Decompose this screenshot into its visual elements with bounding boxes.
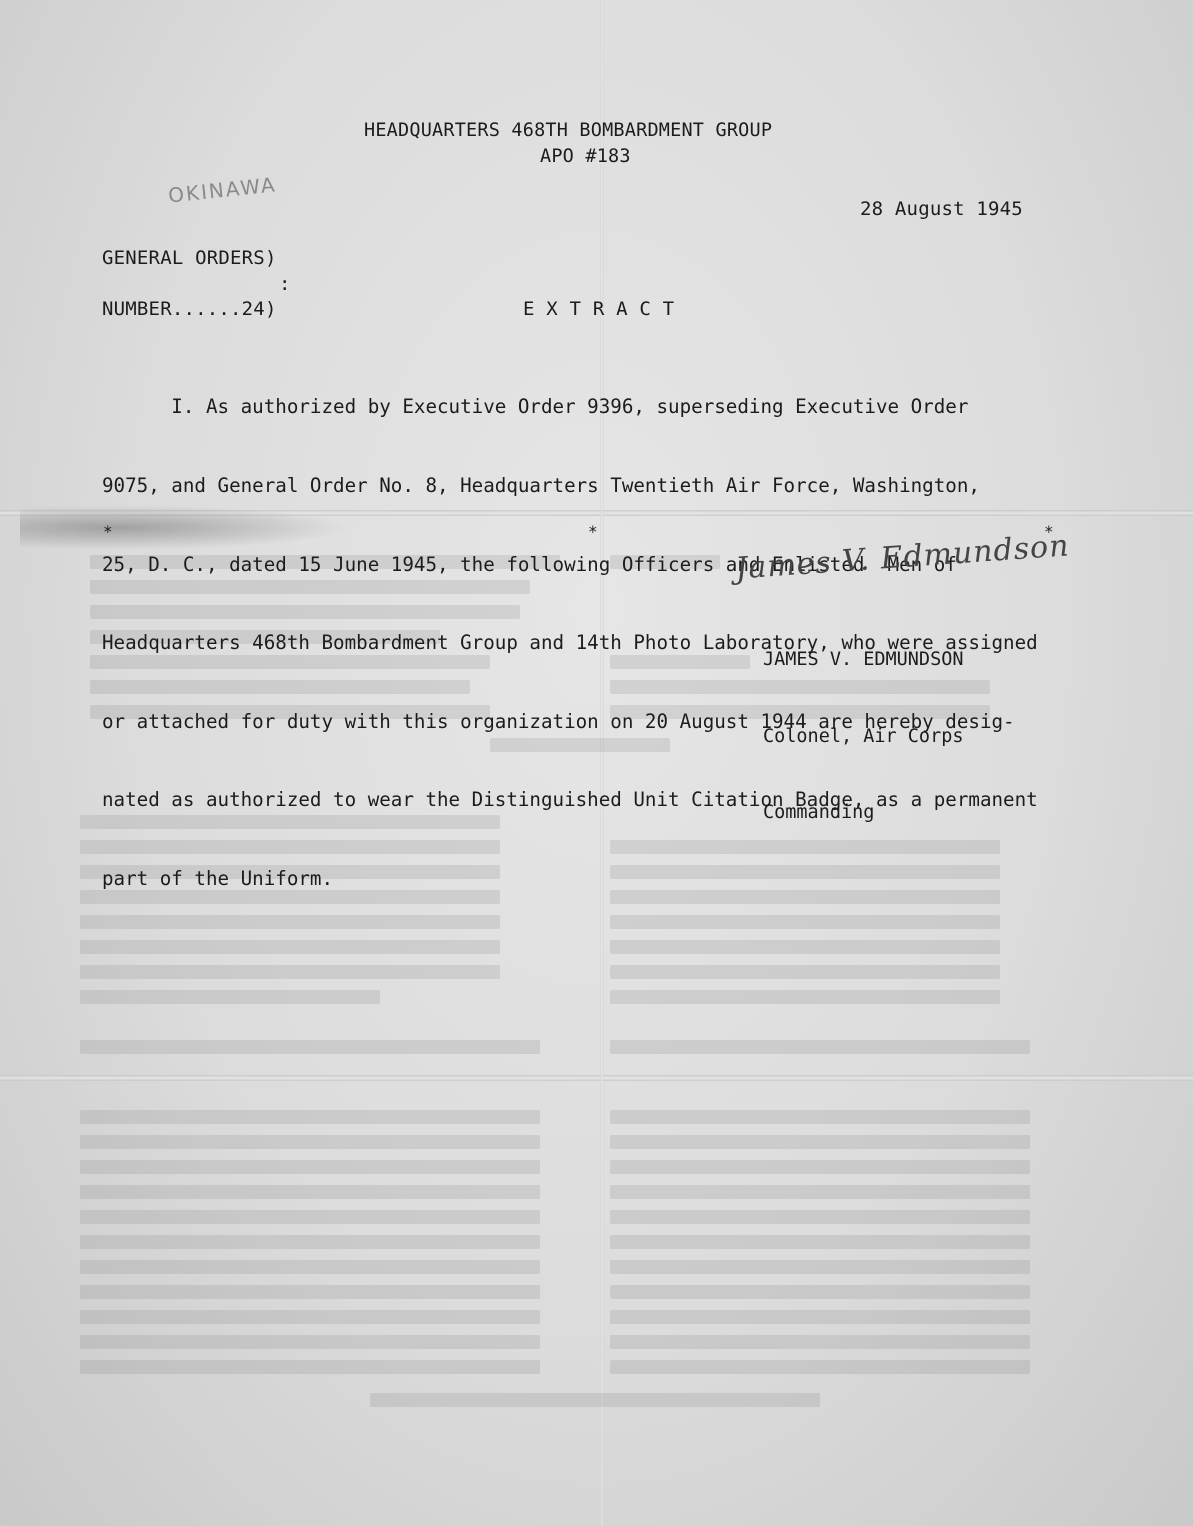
signatory-name: JAMES V. EDMUNDSON xyxy=(763,647,963,673)
document-page: HEADQUARTERS 468TH BOMBARDMENT GROUP APO… xyxy=(0,0,1193,1526)
signature-block: JAMES V. EDMUNDSON Colonel, Air Corps Co… xyxy=(763,596,963,877)
paragraph-line: I. As authorized by Executive Order 9396… xyxy=(102,394,1038,420)
document-date: 28 August 1945 xyxy=(860,196,1023,222)
handwritten-note: OKINAWA xyxy=(167,172,278,207)
separator-star: * xyxy=(103,522,113,541)
order-number: NUMBER......24) xyxy=(102,296,277,322)
general-orders-label: GENERAL ORDERS) xyxy=(102,245,277,271)
document-title: E X T R A C T xyxy=(523,296,674,322)
header-title: HEADQUARTERS 468TH BOMBARDMENT GROUP xyxy=(364,118,772,144)
signatory-role: Commanding xyxy=(763,800,963,826)
header-apo: APO #183 xyxy=(540,144,631,170)
paragraph-line: 9075, and General Order No. 8, Headquart… xyxy=(102,473,1038,499)
signatory-rank: Colonel, Air Corps xyxy=(763,724,963,750)
bracket-colon: : xyxy=(279,271,291,297)
paper-fold xyxy=(0,1075,1193,1081)
separator-star: * xyxy=(588,522,598,541)
